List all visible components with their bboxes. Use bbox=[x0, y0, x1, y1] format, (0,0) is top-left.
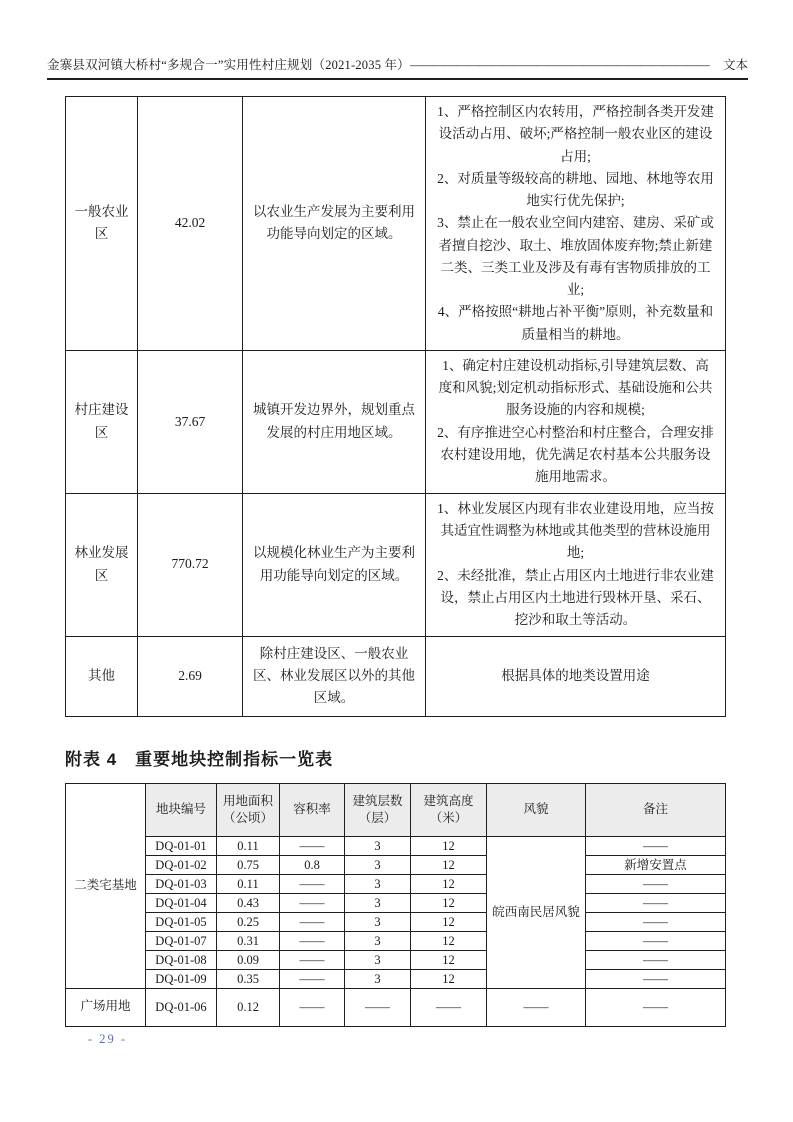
plot-area-cell: 0.25 bbox=[217, 912, 280, 931]
plot-floors-cell: 3 bbox=[345, 912, 411, 931]
appendix-table-4-heading: 附表 4 重要地块控制指标一览表 bbox=[65, 745, 793, 770]
plot-note-cell: —— bbox=[586, 912, 726, 931]
zone-desc-cell: 城镇开发边界外，规划重点发展的村庄用地区域。 bbox=[243, 350, 426, 493]
plot-height-cell: 12 bbox=[411, 893, 487, 912]
zone-rules-cell: 1、确定村庄建设机动指标,引导建筑层数、高度和风貌;划定机动指标形式、基础设施和… bbox=[426, 350, 726, 493]
table-row: DQ-01-08 0.09 —— 3 12 —— bbox=[66, 950, 726, 969]
plot-area-cell: 0.31 bbox=[217, 931, 280, 950]
plot-height-cell: 12 bbox=[411, 950, 487, 969]
table-row: DQ-01-01 0.11 —— 3 12 皖西南民居风貌 —— bbox=[66, 836, 726, 855]
document-type-label: 文本 bbox=[723, 55, 748, 73]
plot-area-cell: 0.12 bbox=[217, 988, 280, 1026]
plot-note-cell: 新增安置点 bbox=[586, 855, 726, 874]
zone-desc-cell: 以规模化林业生产为主要利用功能导向划定的区域。 bbox=[243, 493, 426, 636]
plot-area-cell: 0.35 bbox=[217, 969, 280, 988]
zone-area-cell: 770.72 bbox=[138, 493, 243, 636]
plot-id-cell: DQ-01-06 bbox=[146, 988, 217, 1026]
table-row: DQ-01-07 0.31 —— 3 12 —— bbox=[66, 931, 726, 950]
plot-note-cell: —— bbox=[586, 836, 726, 855]
plot-note-cell: —— bbox=[586, 950, 726, 969]
plot-floors-cell: 3 bbox=[345, 855, 411, 874]
plot-area-cell: 0.09 bbox=[217, 950, 280, 969]
plot-style-cell: —— bbox=[487, 988, 586, 1026]
document-title: 金寨县双河镇大桥村“多规合一”实用性村庄规划（2021-2035 年） bbox=[47, 55, 410, 73]
plot-note-cell: —— bbox=[586, 931, 726, 950]
plot-id-cell: DQ-01-04 bbox=[146, 893, 217, 912]
plot-note-cell: —— bbox=[586, 988, 726, 1026]
zone-desc-cell: 以农业生产发展为主要利用功能导向划定的区域。 bbox=[243, 97, 426, 351]
table-row: 其他 2.69 除村庄建设区、一般农业区、林业发展区以外的其他区域。 根据具体的… bbox=[66, 636, 726, 716]
table-row: 林业发展区 770.72 以规模化林业生产为主要利用功能导向划定的区域。 1、林… bbox=[66, 493, 726, 636]
plot-id-cell: DQ-01-09 bbox=[146, 969, 217, 988]
zoning-control-table: 一般农业区 42.02 以农业生产发展为主要利用功能导向划定的区域。 1、严格控… bbox=[65, 96, 726, 717]
zone-area-cell: 42.02 bbox=[138, 97, 243, 351]
plot-far-cell: —— bbox=[280, 931, 345, 950]
plot-id-cell: DQ-01-08 bbox=[146, 950, 217, 969]
plot-id-cell: DQ-01-01 bbox=[146, 836, 217, 855]
zone-rules-cell: 1、严格控制区内农转用，严格控制各类开发建设活动占用、破坏;严格控制一般农业区的… bbox=[426, 97, 726, 351]
page-header: 金寨县双河镇大桥村“多规合一”实用性村庄规划（2021-2035 年） ————… bbox=[47, 55, 748, 80]
column-header-land-area: 用地面积（公顷） bbox=[217, 783, 280, 836]
plot-index-table: 二类宅基地 地块编号 用地面积（公顷） 容积率 建筑层数（层） 建筑高度（米） … bbox=[65, 783, 726, 1027]
plot-height-cell: 12 bbox=[411, 969, 487, 988]
plot-floors-cell: 3 bbox=[345, 950, 411, 969]
plot-height-cell: 12 bbox=[411, 855, 487, 874]
zone-area-cell: 2.69 bbox=[138, 636, 243, 716]
column-header-far: 容积率 bbox=[280, 783, 345, 836]
zone-desc-cell: 除村庄建设区、一般农业区、林业发展区以外的其他区域。 bbox=[243, 636, 426, 716]
zone-rules-cell: 根据具体的地类设置用途 bbox=[426, 636, 726, 716]
column-header-style: 风貌 bbox=[487, 783, 586, 836]
plot-far-cell: —— bbox=[280, 836, 345, 855]
plot-far-cell: —— bbox=[280, 874, 345, 893]
plot-floors-cell: 3 bbox=[345, 836, 411, 855]
plot-id-cell: DQ-01-07 bbox=[146, 931, 217, 950]
plot-far-cell: —— bbox=[280, 912, 345, 931]
plot-area-cell: 0.43 bbox=[217, 893, 280, 912]
plot-note-cell: —— bbox=[586, 893, 726, 912]
plot-note-cell: —— bbox=[586, 874, 726, 893]
page-number: - 29 - bbox=[88, 1032, 127, 1047]
plot-table-header-row: 二类宅基地 地块编号 用地面积（公顷） 容积率 建筑层数（层） 建筑高度（米） … bbox=[66, 783, 726, 836]
plot-floors-cell: 3 bbox=[345, 893, 411, 912]
table-row: 村庄建设区 37.67 城镇开发边界外，规划重点发展的村庄用地区域。 1、确定村… bbox=[66, 350, 726, 493]
plot-far-cell: —— bbox=[280, 969, 345, 988]
column-header-height: 建筑高度（米） bbox=[411, 783, 487, 836]
column-header-plot-id: 地块编号 bbox=[146, 783, 217, 836]
table-row: 一般农业区 42.02 以农业生产发展为主要利用功能导向划定的区域。 1、严格控… bbox=[66, 97, 726, 351]
plot-far-cell: —— bbox=[280, 988, 345, 1026]
table-row: 广场用地 DQ-01-06 0.12 —— —— —— —— —— bbox=[66, 988, 726, 1026]
column-header-floors: 建筑层数（层） bbox=[345, 783, 411, 836]
plot-height-cell: 12 bbox=[411, 931, 487, 950]
plot-far-cell: 0.8 bbox=[280, 855, 345, 874]
zone-name-cell: 林业发展区 bbox=[66, 493, 138, 636]
land-group-cell: 广场用地 bbox=[66, 988, 146, 1026]
land-group-cell: 二类宅基地 bbox=[66, 783, 146, 988]
table-row: DQ-01-02 0.75 0.8 3 12 新增安置点 bbox=[66, 855, 726, 874]
plot-floors-cell: 3 bbox=[345, 874, 411, 893]
plot-floors-cell: 3 bbox=[345, 969, 411, 988]
table-row: DQ-01-09 0.35 —— 3 12 —— bbox=[66, 969, 726, 988]
zone-name-cell: 其他 bbox=[66, 636, 138, 716]
plot-height-cell: 12 bbox=[411, 874, 487, 893]
table-row: DQ-01-05 0.25 —— 3 12 —— bbox=[66, 912, 726, 931]
table-row: DQ-01-03 0.11 —— 3 12 —— bbox=[66, 874, 726, 893]
plot-style-merged-cell: 皖西南民居风貌 bbox=[487, 836, 586, 988]
plot-height-cell: 12 bbox=[411, 912, 487, 931]
zone-rules-cell: 1、林业发展区内现有非农业建设用地，应当按其适宜性调整为林地或其他类型的营林设施… bbox=[426, 493, 726, 636]
plot-id-cell: DQ-01-02 bbox=[146, 855, 217, 874]
plot-note-cell: —— bbox=[586, 969, 726, 988]
plot-floors-cell: —— bbox=[345, 988, 411, 1026]
plot-floors-cell: 3 bbox=[345, 931, 411, 950]
header-dash-fill: —————————————————————————— bbox=[410, 58, 723, 73]
plot-far-cell: —— bbox=[280, 893, 345, 912]
zone-name-cell: 村庄建设区 bbox=[66, 350, 138, 493]
plot-id-cell: DQ-01-05 bbox=[146, 912, 217, 931]
table-row: DQ-01-04 0.43 —— 3 12 —— bbox=[66, 893, 726, 912]
plot-area-cell: 0.75 bbox=[217, 855, 280, 874]
plot-id-cell: DQ-01-03 bbox=[146, 874, 217, 893]
column-header-remarks: 备注 bbox=[586, 783, 726, 836]
plot-height-cell: —— bbox=[411, 988, 487, 1026]
plot-far-cell: —— bbox=[280, 950, 345, 969]
plot-height-cell: 12 bbox=[411, 836, 487, 855]
zone-area-cell: 37.67 bbox=[138, 350, 243, 493]
plot-area-cell: 0.11 bbox=[217, 874, 280, 893]
zone-name-cell: 一般农业区 bbox=[66, 97, 138, 351]
plot-area-cell: 0.11 bbox=[217, 836, 280, 855]
